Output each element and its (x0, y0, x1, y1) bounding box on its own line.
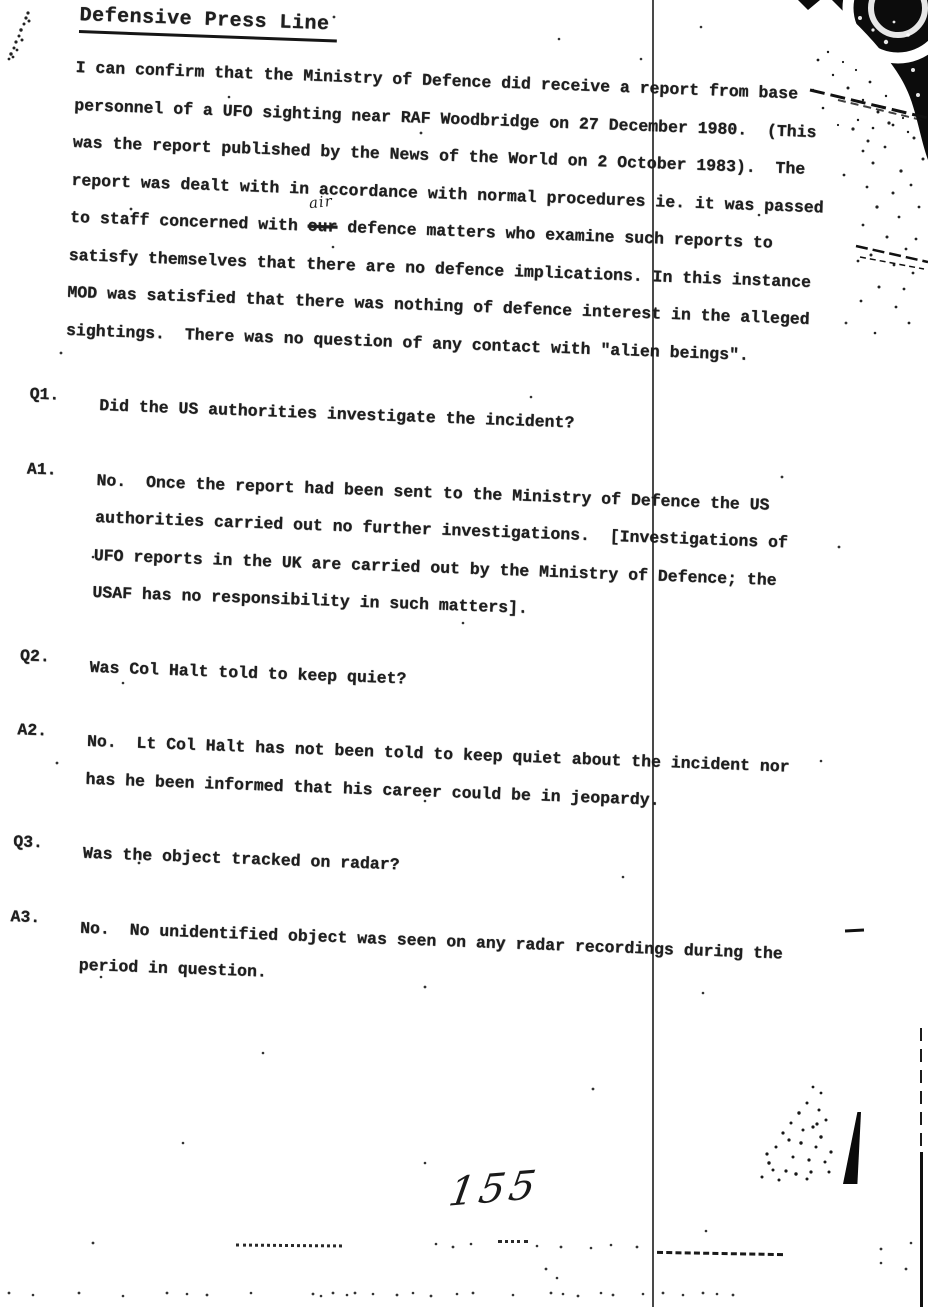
scan-noise-dots (0, 0, 2, 2)
ink-wedge-mark (843, 1112, 861, 1184)
right-edge-line-solid (920, 1152, 923, 1307)
intro-paragraph: I can confirm that the Ministry of Defen… (65, 49, 875, 378)
text-line: Was Col Halt told to keep quiet? (89, 648, 854, 713)
right-edge-line-dashed (920, 1028, 922, 1152)
document-title: Defensive Press Line (79, 4, 338, 42)
inserted-word-handwritten: air (308, 192, 334, 212)
qa-label: Q2. (19, 646, 90, 686)
text-segment: to staff concerned with (70, 208, 308, 236)
qa-block-q3: Q3. Was the object tracked on radar? (46, 833, 847, 900)
struck-out-word: our (307, 217, 337, 237)
pen-scratch-streak (0, 0, 2, 2)
qa-block-q1: Q1. Did the US authorities investigate t… (63, 386, 864, 453)
qa-block-q2: Q2. Was Col Halt told to keep quiet? (53, 647, 854, 714)
scan-noise-dots (0, 0, 2, 2)
scan-noise-dash-row (657, 1251, 783, 1256)
text-segment: defence matters who examine such reports… (337, 218, 773, 253)
qa-label: A2. (15, 720, 88, 798)
typed-content: Defensive Press Line I can confirm that … (42, 4, 877, 1012)
qa-block-a2: A2. No. Lt Col Halt has not been told to… (49, 722, 851, 826)
page-number-handwritten: 155 (445, 1162, 542, 1216)
text-line: Was the object tracked on radar? (82, 835, 847, 900)
scan-noise-dash-row (236, 1244, 342, 1248)
scan-noise-dots (0, 0, 2, 2)
qa-block-a1: A1. No. Once the report had been sent to… (56, 460, 861, 639)
qa-block-a3: A3. No. No unidentified object was seen … (42, 908, 844, 1012)
scan-noise-dash-row (498, 1240, 528, 1243)
qa-label: Q1. (29, 384, 100, 424)
qa-label: Q3. (12, 832, 83, 872)
qa-label: A1. (22, 459, 97, 611)
scan-noise-dots (0, 0, 2, 2)
handwritten-correction: airour (307, 208, 338, 247)
qa-label: A3. (8, 907, 81, 985)
scanned-document-page: Defensive Press Line I can confirm that … (0, 0, 928, 1307)
corner-stamp-artifact (798, 0, 928, 300)
text-line: Did the US authorities investigate the i… (99, 387, 864, 452)
vertical-fold-line (652, 0, 654, 1307)
small-dash-mark (845, 929, 864, 933)
